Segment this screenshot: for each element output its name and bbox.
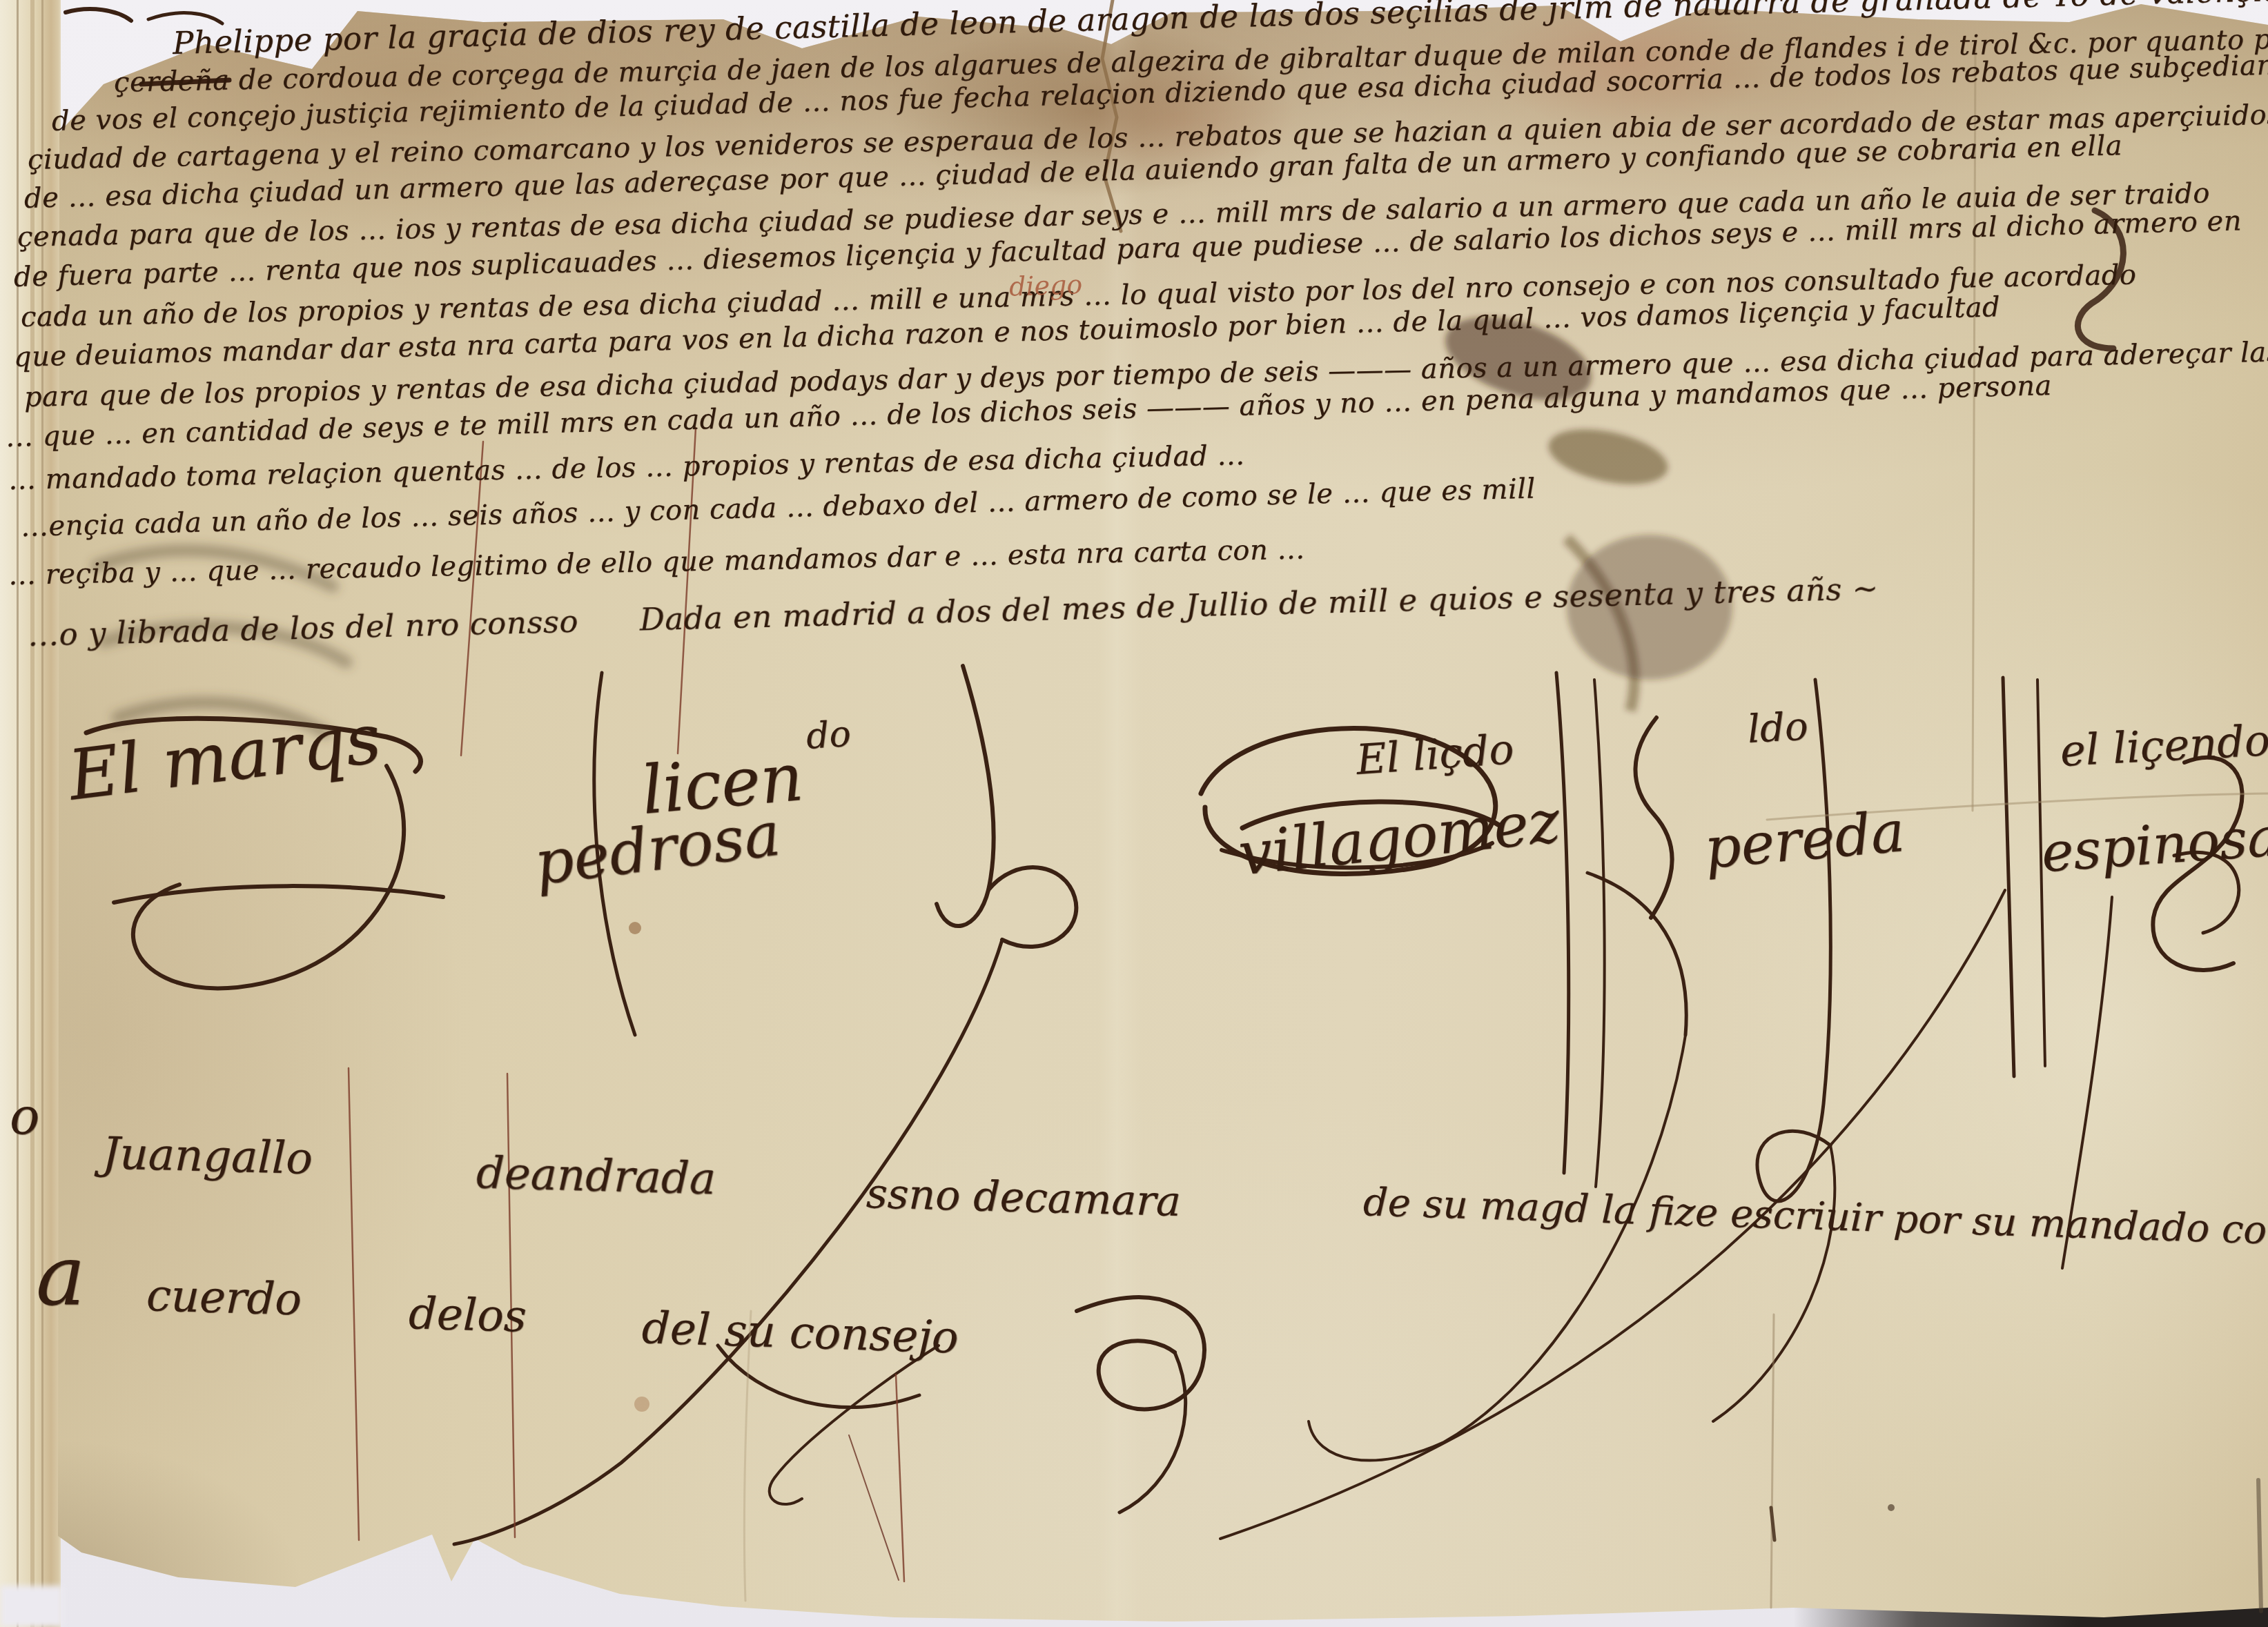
signature-villagomez-licdo: El liçdo — [1355, 729, 1515, 781]
notary-acuerdo-initial: a — [36, 1235, 86, 1318]
notary-yo-prefix: o — [10, 1092, 39, 1141]
marginal-note-diego: diego — [1008, 269, 1083, 302]
notary-name-deandrada: deandrada — [476, 1151, 716, 1201]
notary-acuerdo: cuerdo — [146, 1274, 302, 1322]
signature-espinosa: espinosa — [2040, 810, 2268, 880]
signature-pereda: pereda — [1702, 804, 1906, 878]
notary-delos: delos — [408, 1292, 527, 1339]
notary-name-juangallo: Juangallo — [101, 1132, 313, 1181]
signature-espinosa-licendo: el liçendo — [2059, 719, 2268, 773]
manuscript-scan: Phelippe por la graçia de dios rey de ca… — [0, 0, 2268, 1627]
signature-pereda-ldo: ldo — [1747, 707, 1809, 749]
notary-del-su-consejo: del su consejo — [641, 1306, 959, 1360]
signature-pedrosa-superscript: do — [805, 716, 852, 755]
notary-title: ssno decamara — [866, 1173, 1181, 1223]
